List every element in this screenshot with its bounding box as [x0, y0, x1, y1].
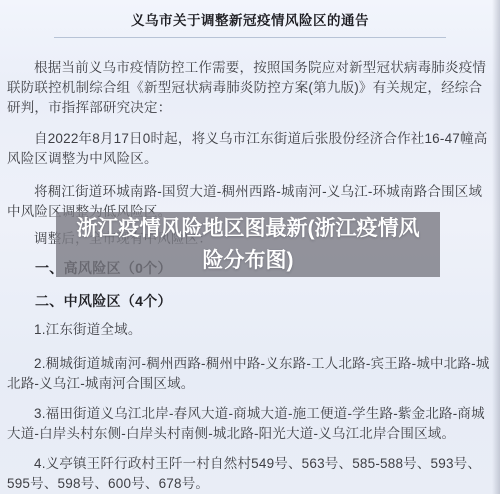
medium-risk-item-3: 3.福田街道义乌江北岸-春风大道-商城大道-施工便道-学生路-紫金北路-商城大道…: [7, 404, 493, 444]
title-divider: [54, 37, 446, 38]
notice-title: 义乌市关于调整新冠疫情风险区的通告: [7, 0, 493, 31]
medium-risk-item-1: 1.江东街道全域。: [7, 320, 493, 340]
intro-paragraph: 根据当前义乌市疫情防控工作需要，按照国务院应对新型冠状病毒肺炎疫情联防联控机制综…: [7, 58, 493, 118]
watermark-overlay: 浙江疫情风险地区图最新(浙江疫情风险分布图): [56, 212, 440, 277]
watermark-caption: 浙江疫情风险地区图最新(浙江疫情风险分布图): [72, 213, 424, 277]
page-background: 义乌市关于调整新冠疫情风险区的通告 根据当前义乌市疫情防控工作需要，按照国务院应…: [0, 0, 500, 494]
medium-risk-section-heading: 二、中风险区（4个）: [7, 291, 493, 311]
medium-risk-item-2: 2.稠城街道城南河-稠州西路-稠州中路-义东路-工人北路-宾王路-城中北路-城北…: [7, 354, 493, 394]
effective-date-paragraph: 自2022年8月17日0时起，将义乌市江东街道后张股份经济合作社16-47幢高风…: [7, 129, 493, 169]
medium-risk-item-4: 4.义亭镇王阡行政村王阡一村自然村549号、563号、585-588号、593号…: [7, 454, 493, 494]
